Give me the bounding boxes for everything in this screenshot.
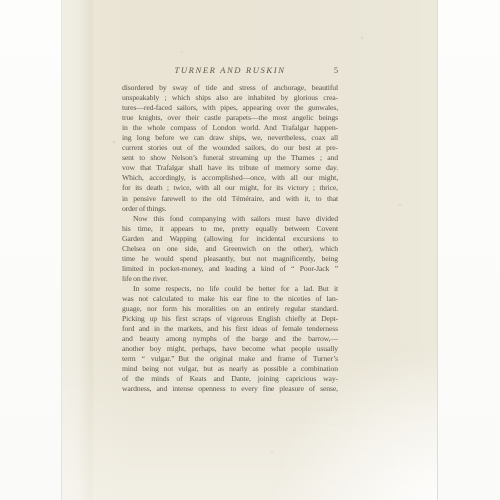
text-line: disordered by sway of tide and stress of… xyxy=(122,83,338,93)
text-line: current stories out of the wounded sailo… xyxy=(122,143,338,153)
text-line: life on the river. xyxy=(122,274,338,284)
text-line: order of things. xyxy=(122,204,338,214)
text-line: Chelsea on one side, and Greenwich on th… xyxy=(122,244,338,254)
text-line: his time, it appears to me, pretty equal… xyxy=(122,224,338,234)
book-photo: TURNER AND RUSKIN 5 disordered by sway o… xyxy=(0,0,500,500)
photo-background: { "photo": { "background_color": "#fffff… xyxy=(0,0,500,500)
running-head-title: TURNER AND RUSKIN xyxy=(122,64,338,76)
text-line: Garden and Wapping (allowing for inciden… xyxy=(122,234,338,244)
text-line: in pensive farewell to the old Téméraire… xyxy=(122,194,338,204)
book-page: TURNER AND RUSKIN 5 disordered by sway o… xyxy=(62,0,438,500)
text-line: in the whole compass of London world. An… xyxy=(122,123,338,133)
text-line: limited in pocket-money, and leading a k… xyxy=(122,264,338,274)
text-line: Now this fond companying with sailors mu… xyxy=(122,214,338,224)
text-line: for its death ; twice, with all our migh… xyxy=(122,183,338,193)
text-line: guage, nor form his moralities on an ent… xyxy=(122,304,338,314)
text-block: disordered by sway of tide and stress of… xyxy=(122,83,338,394)
text-line: sent to show Nelson’s funeral streaming … xyxy=(122,153,338,163)
text-line: Picking up his first scraps of vigorous … xyxy=(122,314,338,324)
text-line: of the minds of Keats and Dante, joining… xyxy=(122,374,338,384)
text-line: another boy might, perhaps, have become … xyxy=(122,344,338,354)
text-line: term “ vulgar.” But the original make an… xyxy=(122,354,338,364)
text-line: and beauty among nymphs of the barge and… xyxy=(122,334,338,344)
text-line: wardness, and intense openness to every … xyxy=(122,384,338,394)
text-line: vow that Trafalgar shall have its tribut… xyxy=(122,163,338,173)
page-number: 5 xyxy=(334,65,338,76)
text-line: was not calculated to make his ear fine … xyxy=(122,294,338,304)
text-line: mind being not vulgar, but as nearly as … xyxy=(122,364,338,374)
page-header: TURNER AND RUSKIN 5 xyxy=(122,64,338,76)
text-line: time he would spend pleasantly, but not … xyxy=(122,254,338,264)
text-line: ford and in the markets, and his first i… xyxy=(122,324,338,334)
text-line: In some respects, no life could be bette… xyxy=(122,284,338,294)
text-line: tures—red-faced sailors, with pipes, app… xyxy=(122,103,338,113)
text-line: ing long before we can draw ships, we, n… xyxy=(122,133,338,143)
text-line: unspeakably ; which ships also are inhab… xyxy=(122,93,338,103)
text-line: Which, accordingly, is accomplished—once… xyxy=(122,173,338,183)
text-line: true knights, over their castle parapets… xyxy=(122,113,338,123)
